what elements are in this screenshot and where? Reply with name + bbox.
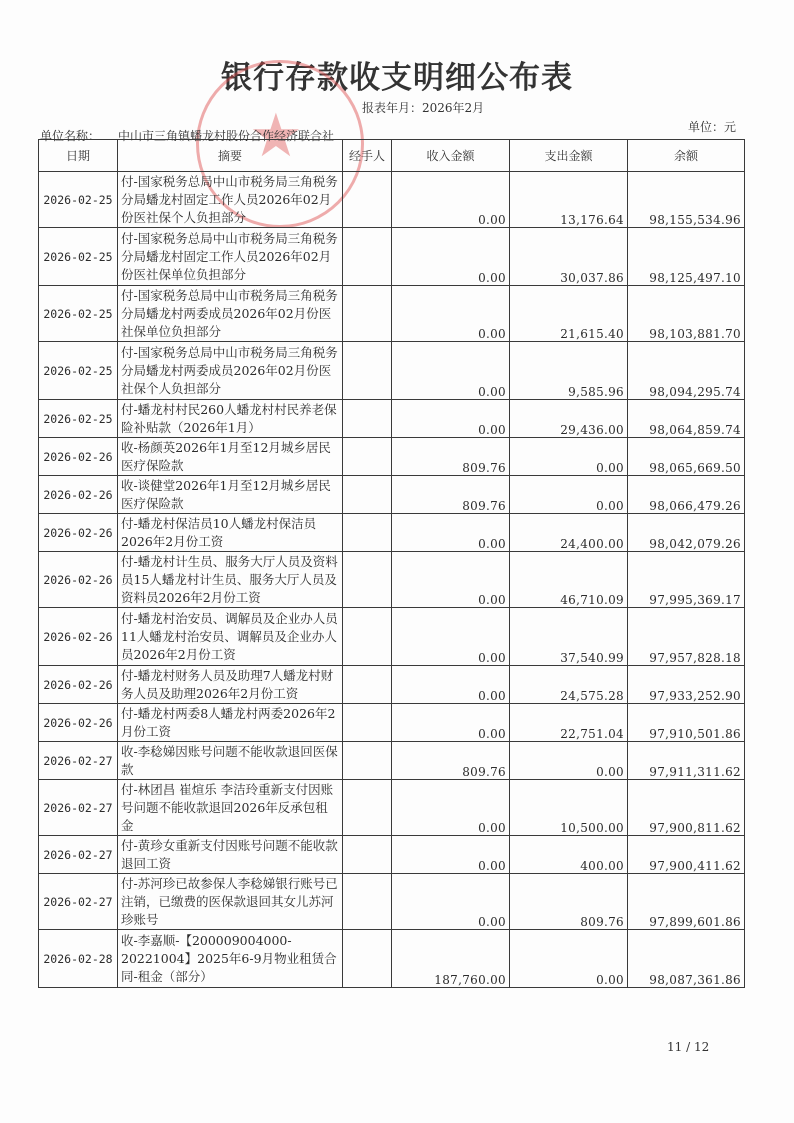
row-balance: 97,899,601.86: [628, 874, 745, 930]
table-row: 2026-02-28收-李嘉顺-【200009004000-20221004】2…: [39, 930, 745, 988]
header-income: 收入金额: [392, 140, 510, 172]
row-balance: 97,910,501.86: [628, 704, 745, 742]
row-balance: 97,900,811.62: [628, 780, 745, 836]
row-date: 2026-02-25: [39, 400, 118, 438]
row-income: 809.76: [392, 742, 510, 780]
row-summary: 付-蟠龙村计生员、服务大厅人员及资料员15人蟠龙村计生员、服务大厅人员及资料员2…: [118, 552, 343, 608]
row-balance: 98,066,479.26: [628, 476, 745, 514]
row-expense: 46,710.09: [510, 552, 628, 608]
row-income: 0.00: [392, 400, 510, 438]
row-balance: 98,094,295.74: [628, 342, 745, 400]
table-row: 2026-02-25付-国家税务总局中山市税务局三角税务分局蟠龙村固定工作人员2…: [39, 172, 745, 228]
row-income: 0.00: [392, 836, 510, 874]
row-summary: 付-蟠龙村治安员、调解员及企业办人员11人蟠龙村治安员、调解员及企业办人员202…: [118, 608, 343, 666]
row-handler: [343, 836, 392, 874]
row-summary: 收-杨颜英2026年1月至12月城乡居民医疗保险款: [118, 438, 343, 476]
row-handler: [343, 400, 392, 438]
row-summary: 付-国家税务总局中山市税务局三角税务分局蟠龙村两委成员2026年02月份医社保单…: [118, 286, 343, 342]
row-date: 2026-02-25: [39, 228, 118, 286]
row-expense: 9,585.96: [510, 342, 628, 400]
row-date: 2026-02-25: [39, 342, 118, 400]
row-expense: 0.00: [510, 930, 628, 988]
table-row: 2026-02-27付-苏河珍已故参保人李稔娣银行账号已注销，已缴费的医保款退回…: [39, 874, 745, 930]
row-handler: [343, 228, 392, 286]
row-summary: 付-林团昌 崔煊乐 李洁玲重新支付因账号问题不能收款退回2026年反承包租金: [118, 780, 343, 836]
row-handler: [343, 286, 392, 342]
row-balance: 98,065,669.50: [628, 438, 745, 476]
row-handler: [343, 552, 392, 608]
row-expense: 809.76: [510, 874, 628, 930]
row-expense: 30,037.86: [510, 228, 628, 286]
row-income: 0.00: [392, 342, 510, 400]
row-date: 2026-02-26: [39, 476, 118, 514]
row-expense: 13,176.64: [510, 172, 628, 228]
row-summary: 收-谈健堂2026年1月至12月城乡居民医疗保险款: [118, 476, 343, 514]
row-date: 2026-02-27: [39, 836, 118, 874]
row-expense: 0.00: [510, 438, 628, 476]
row-balance: 97,900,411.62: [628, 836, 745, 874]
row-date: 2026-02-26: [39, 704, 118, 742]
row-handler: [343, 476, 392, 514]
row-summary: 收-李嘉顺-【200009004000-20221004】2025年6-9月物业…: [118, 930, 343, 988]
row-handler: [343, 172, 392, 228]
row-date: 2026-02-27: [39, 780, 118, 836]
table-row: 2026-02-26收-谈健堂2026年1月至12月城乡居民医疗保险款809.7…: [39, 476, 745, 514]
row-balance: 98,042,079.26: [628, 514, 745, 552]
row-income: 0.00: [392, 874, 510, 930]
table-row: 2026-02-27收-李稔娣因账号问题不能收款退回医保款809.760.009…: [39, 742, 745, 780]
ledger-table: 日期 摘要 经手人 收入金额 支出金额 余额 2026-02-25付-国家税务总…: [38, 139, 745, 988]
table-row: 2026-02-25付-国家税务总局中山市税务局三角税务分局蟠龙村两委成员202…: [39, 286, 745, 342]
row-income: 0.00: [392, 666, 510, 704]
row-summary: 付-蟠龙村两委8人蟠龙村两委2026年2月份工资: [118, 704, 343, 742]
row-expense: 0.00: [510, 476, 628, 514]
row-summary: 付-蟠龙村村民260人蟠龙村村民养老保险补贴款（2026年1月）: [118, 400, 343, 438]
row-summary: 付-国家税务总局中山市税务局三角税务分局蟠龙村固定工作人员2026年02月份医社…: [118, 172, 343, 228]
row-expense: 22,751.04: [510, 704, 628, 742]
header-balance: 余额: [628, 140, 745, 172]
row-date: 2026-02-27: [39, 874, 118, 930]
row-date: 2026-02-26: [39, 552, 118, 608]
table-row: 2026-02-25付-国家税务总局中山市税务局三角税务分局蟠龙村固定工作人员2…: [39, 228, 745, 286]
row-summary: 付-蟠龙村财务人员及助理7人蟠龙村财务人员及助理2026年2月份工资: [118, 666, 343, 704]
row-expense: 24,575.28: [510, 666, 628, 704]
document-title: 银行存款收支明细公布表: [0, 52, 794, 97]
header-date: 日期: [39, 140, 118, 172]
row-date: 2026-02-27: [39, 742, 118, 780]
row-expense: 37,540.99: [510, 608, 628, 666]
table-row: 2026-02-26付-蟠龙村财务人员及助理7人蟠龙村财务人员及助理2026年2…: [39, 666, 745, 704]
row-income: 0.00: [392, 172, 510, 228]
row-date: 2026-02-26: [39, 608, 118, 666]
row-handler: [343, 514, 392, 552]
row-income: 809.76: [392, 476, 510, 514]
row-income: 0.00: [392, 286, 510, 342]
row-expense: 10,500.00: [510, 780, 628, 836]
report-period: 报表年月：2026年2月: [362, 99, 484, 116]
row-expense: 24,400.00: [510, 514, 628, 552]
row-date: 2026-02-25: [39, 172, 118, 228]
ledger-body: 2026-02-25付-国家税务总局中山市税务局三角税务分局蟠龙村固定工作人员2…: [39, 172, 745, 988]
row-summary: 收-李稔娣因账号问题不能收款退回医保款: [118, 742, 343, 780]
row-handler: [343, 930, 392, 988]
row-income: 187,760.00: [392, 930, 510, 988]
row-summary: 付-蟠龙村保洁员10人蟠龙村保洁员2026年2月份工资: [118, 514, 343, 552]
row-expense: 400.00: [510, 836, 628, 874]
row-summary: 付-苏河珍已故参保人李稔娣银行账号已注销，已缴费的医保款退回其女儿苏河珍账号: [118, 874, 343, 930]
row-balance: 97,957,828.18: [628, 608, 745, 666]
row-income: 0.00: [392, 552, 510, 608]
header-handler: 经手人: [343, 140, 392, 172]
table-row: 2026-02-27付-黄珍女重新支付因账号问题不能收款退回工资0.00400.…: [39, 836, 745, 874]
row-balance: 97,933,252.90: [628, 666, 745, 704]
row-income: 0.00: [392, 514, 510, 552]
table-row: 2026-02-26付-蟠龙村计生员、服务大厅人员及资料员15人蟠龙村计生员、服…: [39, 552, 745, 608]
row-expense: 21,615.40: [510, 286, 628, 342]
header-expense: 支出金额: [510, 140, 628, 172]
table-row: 2026-02-27付-林团昌 崔煊乐 李洁玲重新支付因账号问题不能收款退回20…: [39, 780, 745, 836]
row-balance: 98,087,361.86: [628, 930, 745, 988]
table-header-row: 日期 摘要 经手人 收入金额 支出金额 余额: [39, 140, 745, 172]
page-number: 11 / 12: [667, 1040, 709, 1054]
table-row: 2026-02-26付-蟠龙村两委8人蟠龙村两委2026年2月份工资0.0022…: [39, 704, 745, 742]
row-summary: 付-国家税务总局中山市税务局三角税务分局蟠龙村固定工作人员2026年02月份医社…: [118, 228, 343, 286]
table-row: 2026-02-26付-蟠龙村保洁员10人蟠龙村保洁员2026年2月份工资0.0…: [39, 514, 745, 552]
table-row: 2026-02-26收-杨颜英2026年1月至12月城乡居民医疗保险款809.7…: [39, 438, 745, 476]
row-handler: [343, 438, 392, 476]
header-summary: 摘要: [118, 140, 343, 172]
row-date: 2026-02-26: [39, 438, 118, 476]
row-balance: 97,995,369.17: [628, 552, 745, 608]
row-income: 0.00: [392, 780, 510, 836]
row-expense: 0.00: [510, 742, 628, 780]
row-expense: 29,436.00: [510, 400, 628, 438]
table-row: 2026-02-26付-蟠龙村治安员、调解员及企业办人员11人蟠龙村治安员、调解…: [39, 608, 745, 666]
row-handler: [343, 704, 392, 742]
row-income: 0.00: [392, 608, 510, 666]
row-balance: 98,064,859.74: [628, 400, 745, 438]
row-balance: 98,103,881.70: [628, 286, 745, 342]
row-date: 2026-02-26: [39, 514, 118, 552]
row-balance: 98,155,534.96: [628, 172, 745, 228]
row-summary: 付-黄珍女重新支付因账号问题不能收款退回工资: [118, 836, 343, 874]
row-income: 0.00: [392, 704, 510, 742]
row-handler: [343, 780, 392, 836]
row-handler: [343, 342, 392, 400]
row-income: 809.76: [392, 438, 510, 476]
row-date: 2026-02-26: [39, 666, 118, 704]
row-income: 0.00: [392, 228, 510, 286]
row-date: 2026-02-28: [39, 930, 118, 988]
row-handler: [343, 742, 392, 780]
row-handler: [343, 666, 392, 704]
row-handler: [343, 608, 392, 666]
row-date: 2026-02-25: [39, 286, 118, 342]
table-row: 2026-02-25付-蟠龙村村民260人蟠龙村村民养老保险补贴款（2026年1…: [39, 400, 745, 438]
row-summary: 付-国家税务总局中山市税务局三角税务分局蟠龙村两委成员2026年02月份医社保个…: [118, 342, 343, 400]
table-row: 2026-02-25付-国家税务总局中山市税务局三角税务分局蟠龙村两委成员202…: [39, 342, 745, 400]
row-balance: 97,911,311.62: [628, 742, 745, 780]
row-handler: [343, 874, 392, 930]
row-balance: 98,125,497.10: [628, 228, 745, 286]
currency-unit: 单位：元: [688, 118, 736, 135]
